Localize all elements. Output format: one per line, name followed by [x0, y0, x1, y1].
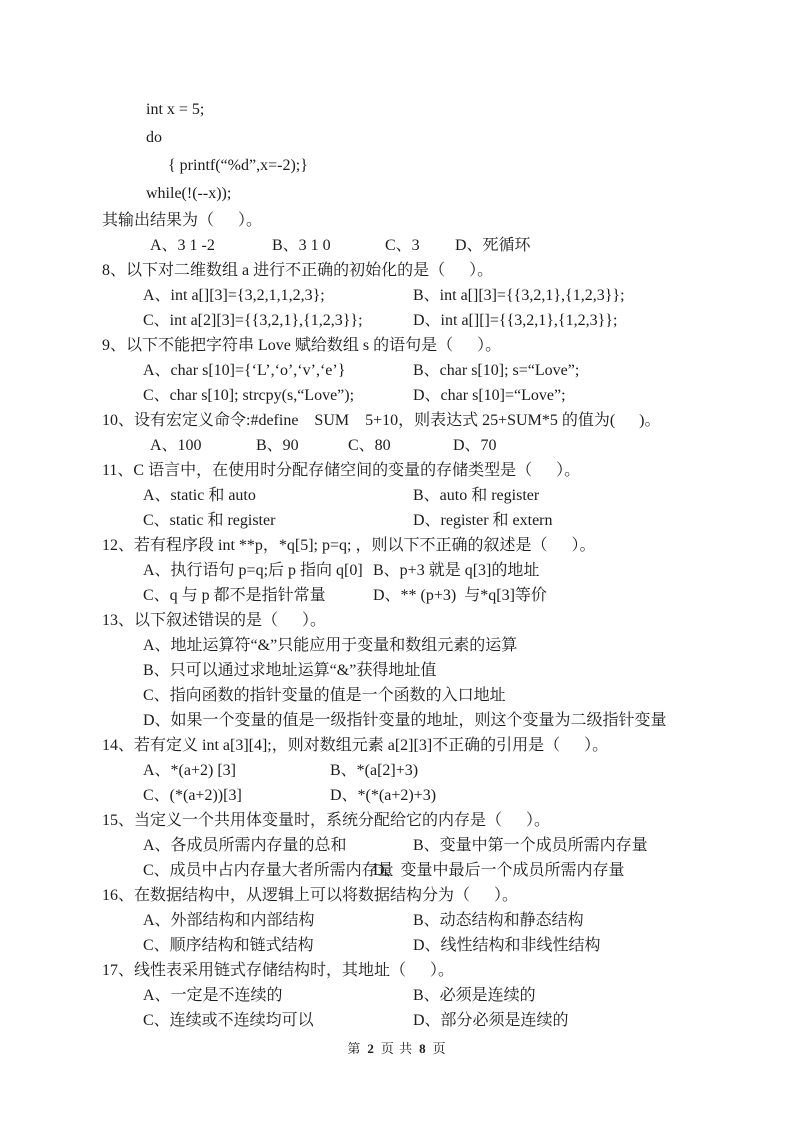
option-row: C、成员中占内存量大者所需内存量D、变量中最后一个成员所需内存量: [143, 858, 794, 883]
page-number: 2: [367, 1041, 375, 1056]
code-line: do: [146, 124, 794, 152]
option: B、变量中第一个成员所需内存量: [413, 833, 648, 858]
option-row: A、执行语句 p=q;后 p 指向 q[0]B、p+3 就是 q[3]的地址: [143, 558, 794, 583]
code-line: { printf(“%d”,x=-2);}: [168, 152, 794, 180]
option: D、部分必须是连续的: [413, 1008, 569, 1033]
option: D、char s[10]=“Love”;: [413, 383, 566, 408]
option: D、线性结构和非线性结构: [413, 933, 601, 958]
option: B、必须是连续的: [413, 983, 536, 1008]
question-stem: 12、若有程序段 int **p，*q[5]; p=q; ，则以下不正确的叙述是…: [102, 533, 794, 558]
option-row: A、外部结构和内部结构B、动态结构和静态结构: [143, 908, 794, 933]
option: D、变量中最后一个成员所需内存量: [373, 858, 625, 883]
option-row: A、地址运算符“&”只能应用于变量和数组元素的运算: [143, 633, 794, 658]
option: D、*(*(a+2)+3): [330, 783, 436, 808]
option: C、(*(a+2))[3]: [143, 783, 330, 808]
question-stem: 其输出结果为（ ）。: [102, 208, 794, 233]
option: C、char s[10]; strcpy(s,“Love”);: [143, 383, 413, 408]
option-row: A、int a[][3]={3,2,1,1,2,3};B、int a[][3]=…: [143, 283, 794, 308]
question-stem: 11、C 语言中，在使用时分配存储空间的变量的存储类型是（ ）。: [102, 458, 794, 483]
option: B、3 1 0: [272, 233, 385, 258]
option: B、90: [256, 433, 348, 458]
option-row: A、各成员所需内存量的总和B、变量中第一个成员所需内存量: [143, 833, 794, 858]
option-row: A、static 和 autoB、auto 和 register: [143, 483, 794, 508]
option: B、auto 和 register: [413, 483, 539, 508]
option: D、死循环: [455, 233, 531, 258]
option: C、3: [385, 233, 455, 258]
option: B、动态结构和静态结构: [413, 908, 584, 933]
question-stem: 17、线性表采用链式存储结构时，其地址（ ）。: [102, 958, 794, 983]
option-row: A、100B、90C、80D、70: [150, 433, 794, 458]
option-row: C、指向函数的指针变量的值是一个函数的入口地址: [143, 683, 794, 708]
option: D、register 和 extern: [413, 508, 553, 533]
option-row: A、3 1 -2B、3 1 0C、3D、死循环: [150, 233, 794, 258]
code-line: while(!(--x));: [146, 180, 794, 208]
option: D、** (p+3) 与*q[3]等价: [373, 583, 547, 608]
option: A、执行语句 p=q;后 p 指向 q[0]: [143, 558, 373, 583]
page-footer: 第2页 共8页: [0, 1038, 794, 1057]
footer-prefix: 第: [347, 1041, 361, 1056]
option: A、int a[][3]={3,2,1,1,2,3};: [143, 283, 413, 308]
option: C、连续或不连续均可以: [143, 1008, 413, 1033]
footer-middle: 页 共: [381, 1041, 413, 1056]
option-row: C、顺序结构和链式结构D、线性结构和非线性结构: [143, 933, 794, 958]
option: A、*(a+2) [3]: [143, 758, 330, 783]
option: A、一定是不连续的: [143, 983, 413, 1008]
option-row: B、只可以通过求地址运算“&”获得地址值: [143, 658, 794, 683]
option-row: C、int a[2][3]={{3,2,1},{1,2,3}};D、int a[…: [143, 308, 794, 333]
option: C、成员中占内存量大者所需内存量: [143, 858, 373, 883]
question-stem: 8、以下对二维数组 a 进行不正确的初始化的是（ ）。: [102, 258, 794, 283]
option: B、int a[][3]={{3,2,1},{1,2,3}};: [413, 283, 625, 308]
code-line: int x = 5;: [146, 96, 794, 124]
option-row: C、连续或不连续均可以D、部分必须是连续的: [143, 1008, 794, 1033]
option: A、100: [150, 433, 256, 458]
option: C、顺序结构和链式结构: [143, 933, 413, 958]
option: A、static 和 auto: [143, 483, 413, 508]
total-pages: 8: [419, 1041, 427, 1056]
option-row: D、如果一个变量的值是一级指针变量的地址，则这个变量为二级指针变量: [143, 708, 794, 733]
option: C、int a[2][3]={{3,2,1},{1,2,3}};: [143, 308, 413, 333]
option: A、3 1 -2: [150, 233, 272, 258]
question-stem: 14、若有定义 int a[3][4];，则对数组元素 a[2][3]不正确的引…: [102, 733, 794, 758]
footer-suffix: 页: [433, 1041, 447, 1056]
option-row: C、char s[10]; strcpy(s,“Love”);D、char s[…: [143, 383, 794, 408]
option: A、char s[10]={‘L’,‘o’,‘v’,‘e’}: [143, 358, 413, 383]
option-row: C、static 和 registerD、register 和 extern: [143, 508, 794, 533]
document-body: int x = 5;do{ printf(“%d”,x=-2);}while(!…: [0, 96, 794, 1033]
question-stem: 15、当定义一个共用体变量时，系统分配给它的内存是（ ）。: [102, 808, 794, 833]
exam-page: int x = 5;do{ printf(“%d”,x=-2);}while(!…: [0, 0, 794, 1123]
question-stem: 10、设有宏定义命令:#define SUM 5+10，则表达式 25+SUM*…: [102, 408, 794, 433]
option: B、p+3 就是 q[3]的地址: [373, 558, 539, 583]
question-stem: 16、在数据结构中，从逻辑上可以将数据结构分为（ ）。: [102, 883, 794, 908]
option: B、char s[10]; s=“Love”;: [413, 358, 579, 383]
option-row: A、*(a+2) [3]B、*(a[2]+3): [143, 758, 794, 783]
option-row: A、一定是不连续的B、必须是连续的: [143, 983, 794, 1008]
option-row: A、char s[10]={‘L’,‘o’,‘v’,‘e’}B、char s[1…: [143, 358, 794, 383]
option: A、外部结构和内部结构: [143, 908, 413, 933]
option-row: C、q 与 p 都不是指针常量D、** (p+3) 与*q[3]等价: [143, 583, 794, 608]
question-stem: 9、以下不能把字符串 Love 赋给数组 s 的语句是（ ）。: [102, 333, 794, 358]
option: C、80: [348, 433, 453, 458]
option: C、q 与 p 都不是指针常量: [143, 583, 373, 608]
question-stem: 13、以下叙述错误的是（ ）。: [102, 608, 794, 633]
option-row: C、(*(a+2))[3]D、*(*(a+2)+3): [143, 783, 794, 808]
option: C、static 和 register: [143, 508, 413, 533]
option: A、各成员所需内存量的总和: [143, 833, 413, 858]
option: D、70: [453, 433, 497, 458]
option: D、int a[][]={{3,2,1},{1,2,3}};: [413, 308, 617, 333]
option: B、*(a[2]+3): [330, 758, 418, 783]
